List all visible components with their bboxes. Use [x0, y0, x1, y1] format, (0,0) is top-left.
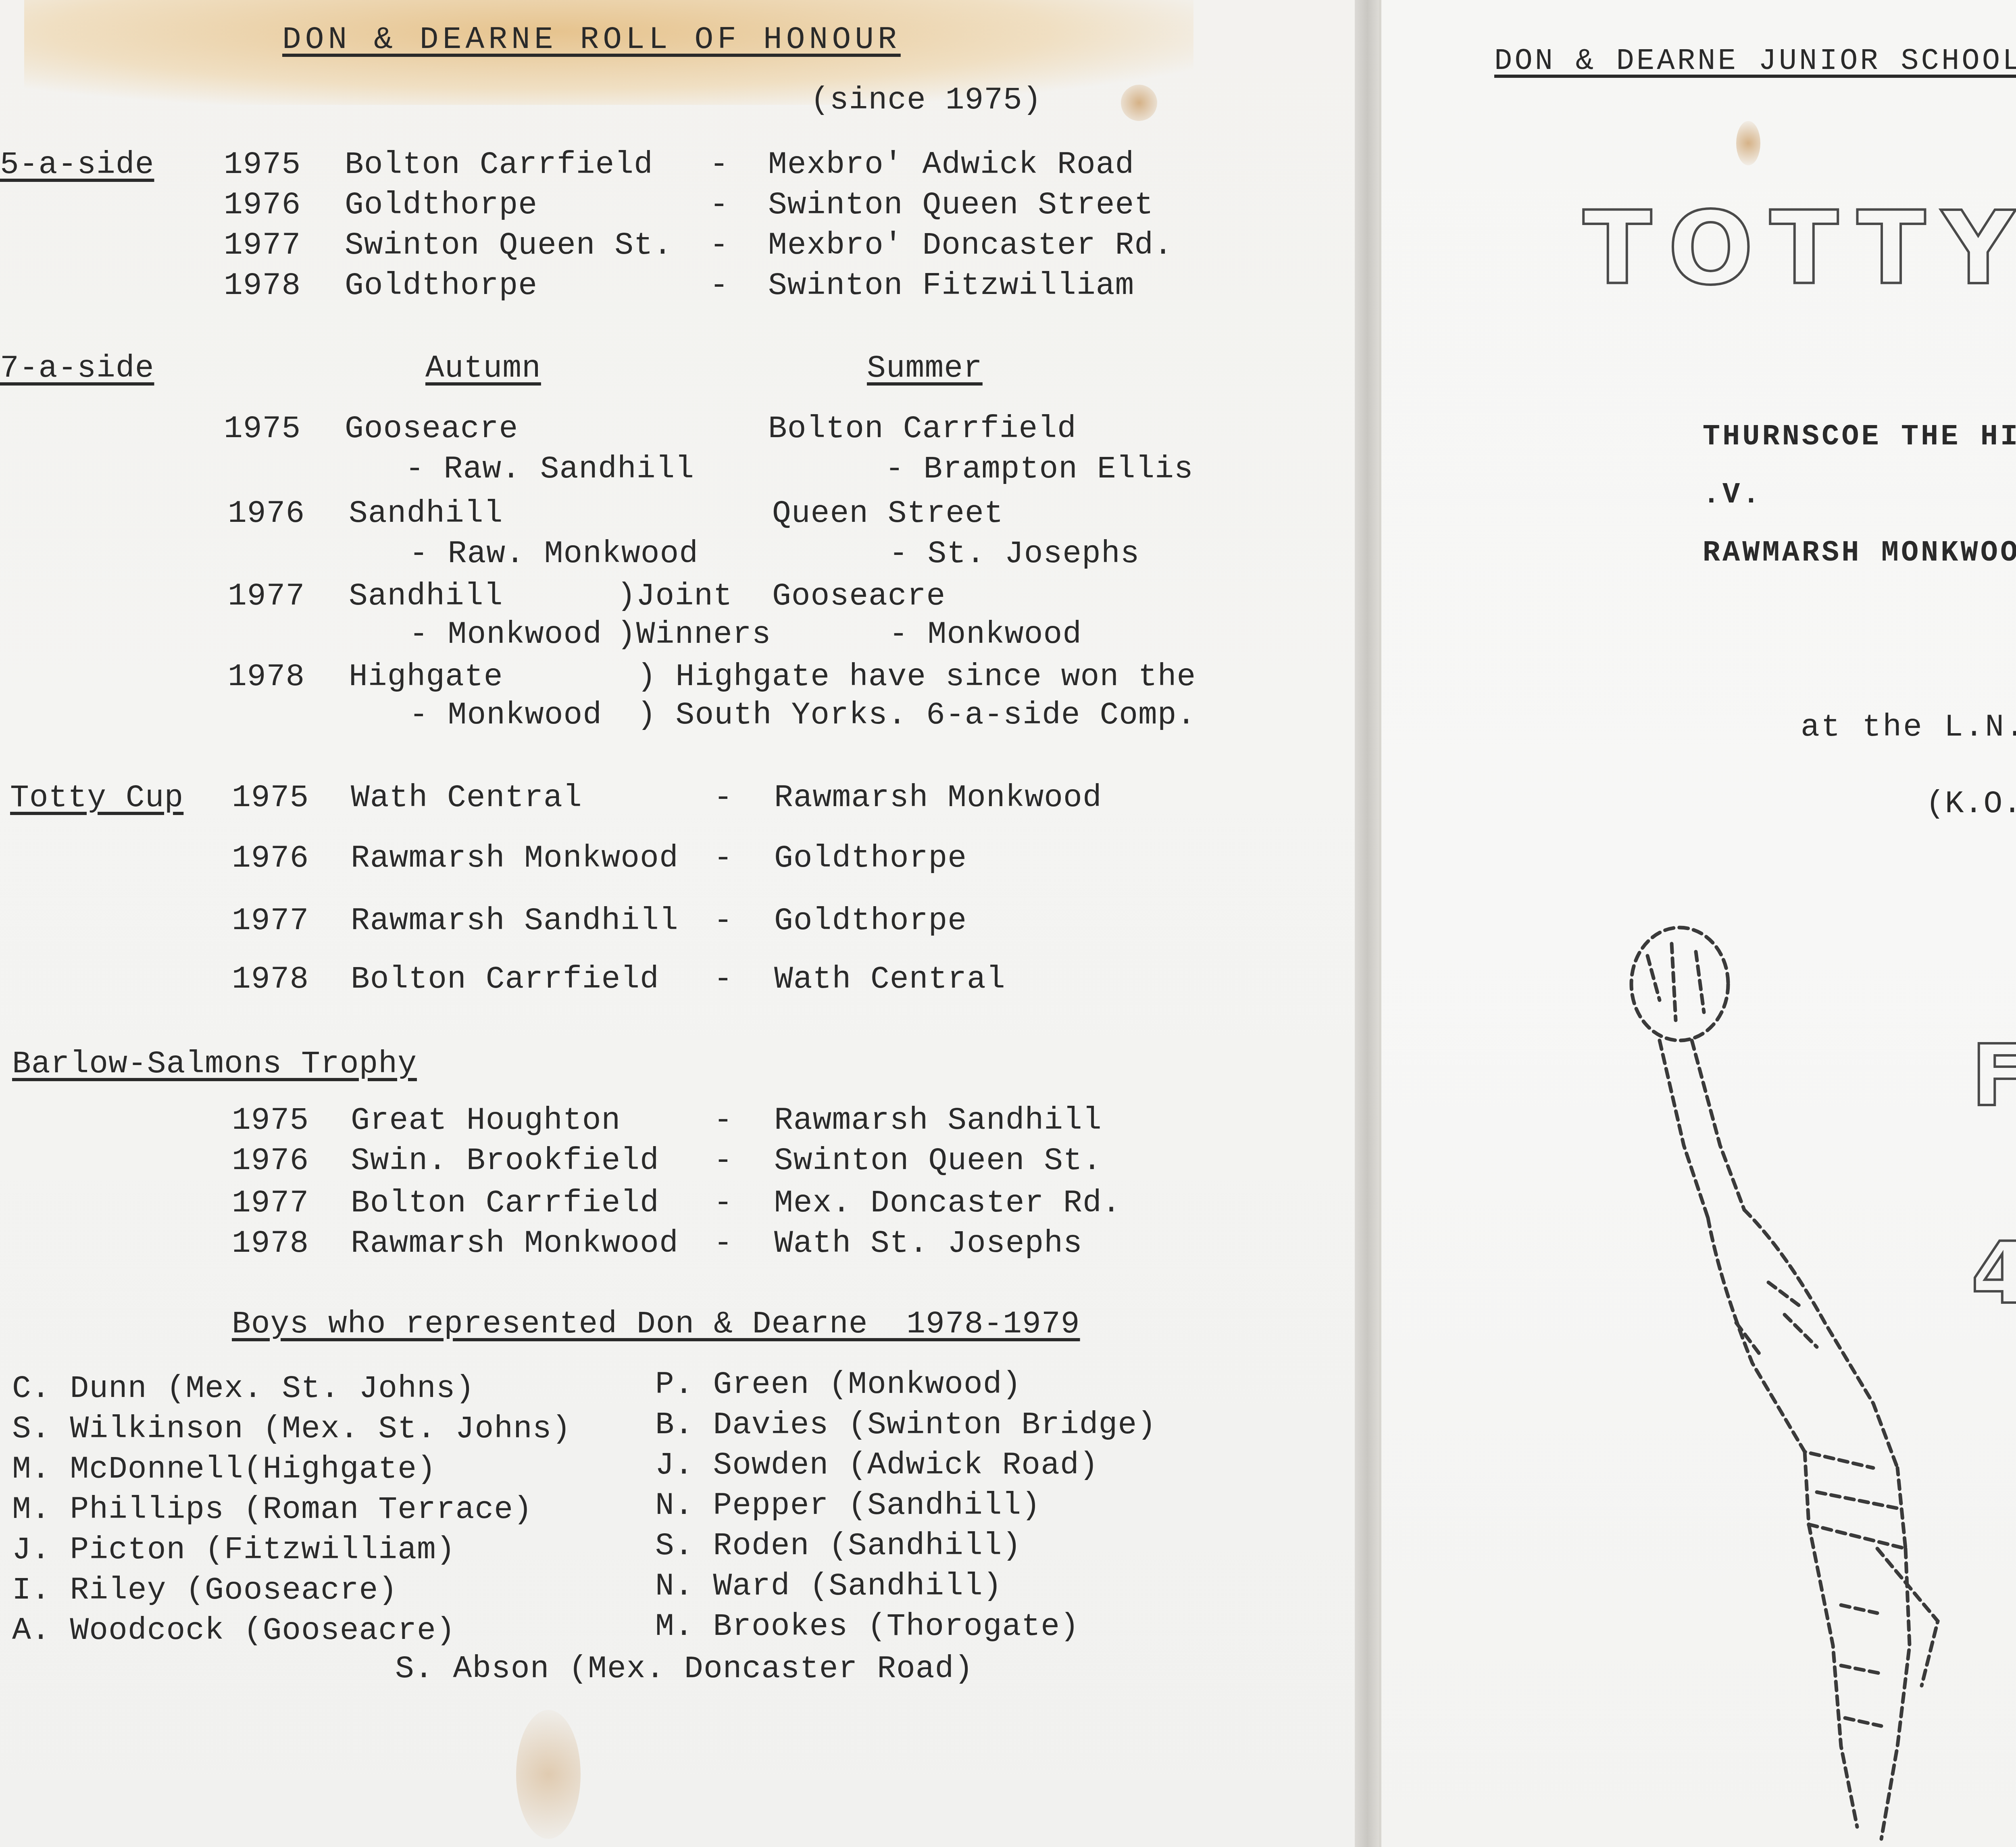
year: 1976 [232, 843, 309, 874]
year: 1977 [224, 230, 301, 261]
autumn-runner-up: - Monkwood [409, 619, 602, 650]
year: 1978 [224, 270, 301, 302]
joint-note: )Winners [617, 619, 771, 650]
versus: .V. [1703, 478, 1762, 511]
year: 1978 [232, 964, 309, 995]
winner: Bolton Carrfield [351, 964, 659, 995]
winner: Swinton Queen St. [345, 230, 673, 261]
year: 1975 [224, 149, 301, 181]
list-item: N. Pepper (Sandhill) [655, 1490, 1041, 1522]
winner: Bolton Carrfield [351, 1188, 659, 1219]
separator: - [714, 905, 733, 937]
since-subtitle: (since 1975) [810, 85, 1042, 116]
right-page-programme-cover: DON & DEARNE JUNIOR SCHOOLS' FOOTBALL AS… [1379, 0, 2016, 1847]
summer-winner: Gooseacre [772, 581, 946, 612]
runner-up: Swinton Fitzwilliam [768, 270, 1134, 302]
summer-winner: Queen Street [772, 498, 1004, 530]
separator: - [714, 1105, 733, 1136]
home-team: THURNSCOE THE HILL [1703, 420, 2016, 453]
year: 1976 [232, 1145, 309, 1177]
column-header-autumn: Autumn [425, 353, 541, 384]
separator: - [714, 1188, 733, 1219]
autumn-runner-up: - Raw. Sandhill [405, 454, 694, 485]
list-item: P. Green (Monkwood) [655, 1369, 1021, 1401]
winner: Wath Central [351, 782, 582, 814]
joint-note: )Joint [617, 581, 733, 612]
stain-spot [1121, 85, 1157, 121]
section-label-barlow-salmons-trophy: Barlow-Salmons Trophy [12, 1049, 417, 1080]
list-item: J. Picton (Fitzwilliam) [12, 1534, 456, 1566]
year: 1976 [228, 498, 305, 530]
summer-runner-up: - Brampton Ellis [885, 454, 1193, 485]
totty-cup-final-title: TOTTY CUP FINAL [1583, 190, 2016, 307]
year: 1978 [232, 1228, 309, 1259]
winner: Rawmarsh Monkwood [351, 1228, 679, 1259]
runner-up: Rawmarsh Monkwood [774, 782, 1102, 814]
section-label-7-a-side: 7-a-side [0, 353, 154, 384]
section-label-5-a-side: 5-a-side [0, 149, 154, 181]
list-item: A. Woodcock (Gooseacre) [12, 1615, 456, 1647]
runner-up: Goldthorpe [774, 905, 967, 937]
list-item: I. Riley (Gooseacre) [12, 1575, 398, 1606]
left-page-roll-of-honour: DON & DEARNE ROLL OF HONOUR (since 1975)… [0, 0, 1359, 1847]
separator: - [710, 190, 729, 221]
roll-of-honour-title: DON & DEARNE ROLL OF HONOUR [282, 24, 901, 56]
runner-up: Wath Central [774, 964, 1006, 995]
runner-up: Mexbro' Doncaster Rd. [768, 230, 1173, 261]
runner-up: Mexbro' Adwick Road [768, 149, 1134, 181]
list-item: N. Ward (Sandhill) [655, 1571, 1002, 1602]
separator: - [714, 782, 733, 814]
autumn-runner-up: - Monkwood [409, 700, 602, 731]
list-item: S. Roden (Sandhill) [655, 1530, 1021, 1562]
separator: - [710, 149, 729, 181]
list-item: J. Sowden (Adwick Road) [655, 1450, 1099, 1481]
year: 1978 [228, 661, 305, 693]
autumn-winner: Sandhill [349, 498, 503, 530]
summer-runner-up: - St. Josephs [889, 538, 1140, 570]
winner: Rawmarsh Monkwood [351, 843, 679, 874]
winner: Rawmarsh Sandhill [351, 905, 679, 937]
winner: Goldthorpe [345, 270, 537, 302]
winner: Swin. Brookfield [351, 1145, 659, 1177]
year: 1977 [228, 581, 305, 612]
runner-up: Wath St. Josephs [774, 1228, 1083, 1259]
year: 1976 [224, 190, 301, 221]
year: 1975 [232, 782, 309, 814]
separator: - [714, 1228, 733, 1259]
boys-heading: Boys who represented Don & Dearne 1978-1… [232, 1309, 1080, 1340]
runner-up: Swinton Queen Street [768, 190, 1154, 221]
winner: Great Houghton [351, 1105, 621, 1136]
winner: Bolton Carrfield [345, 149, 653, 181]
section-label-totty-cup: Totty Cup [10, 782, 183, 814]
autumn-runner-up: - Raw. Monkwood [409, 538, 698, 570]
autumn-winner: Highgate [349, 661, 503, 693]
list-item-last: S. Abson (Mex. Doncaster Road) [395, 1653, 973, 1685]
list-item: M. Phillips (Roman Terrace) [12, 1494, 533, 1526]
venue: at the L.N.E.R. (Swinton) [1801, 712, 2016, 743]
fixture-line: THURNSCOE THE HILL .V. RAWMARSH MONKWOOD [1623, 393, 2016, 596]
summer-runner-up: - Monkwood [889, 619, 1082, 650]
separator: - [710, 270, 729, 302]
list-item: M. Brookes (Thorogate) [655, 1611, 1079, 1643]
runner-up: Swinton Queen St. [774, 1145, 1102, 1177]
association-header: DON & DEARNE JUNIOR SCHOOLS' FOOTBALL AS… [1494, 46, 2016, 76]
away-team: RAWMARSH MONKWOOD [1703, 536, 2016, 569]
year: 1977 [232, 1188, 309, 1219]
year: 1975 [232, 1105, 309, 1136]
winner: Goldthorpe [345, 190, 537, 221]
separator: - [710, 230, 729, 261]
highgate-note: ) South Yorks. 6-a-side Comp. [637, 700, 1196, 731]
separator: - [714, 1145, 733, 1177]
list-item: M. McDonnell(Highgate) [12, 1454, 436, 1485]
list-item: B. Davies (Swinton Bridge) [655, 1409, 1156, 1441]
list-item: S. Wilkinson (Mex. St. Johns) [12, 1413, 571, 1445]
stain-spot [1736, 121, 1760, 165]
goalkeeper-illustration-icon [1615, 919, 2016, 1847]
kick-off-time: (K.O. 4.30p.m.) [1926, 788, 2016, 820]
runner-up: Goldthorpe [774, 843, 967, 874]
separator: - [714, 964, 733, 995]
autumn-winner: Sandhill [349, 581, 503, 612]
stain-spot [516, 1710, 581, 1839]
year: 1975 [224, 413, 301, 445]
highgate-note: ) Highgate have since won the [637, 661, 1196, 693]
separator: - [714, 843, 733, 874]
runner-up: Rawmarsh Sandhill [774, 1105, 1102, 1136]
list-item: C. Dunn (Mex. St. Johns) [12, 1373, 475, 1405]
year: 1977 [232, 905, 309, 937]
column-header-summer: Summer [867, 353, 983, 384]
autumn-winner: Gooseacre [345, 413, 518, 445]
summer-winner: Bolton Carrfield [768, 413, 1077, 445]
runner-up: Mex. Doncaster Rd. [774, 1188, 1121, 1219]
